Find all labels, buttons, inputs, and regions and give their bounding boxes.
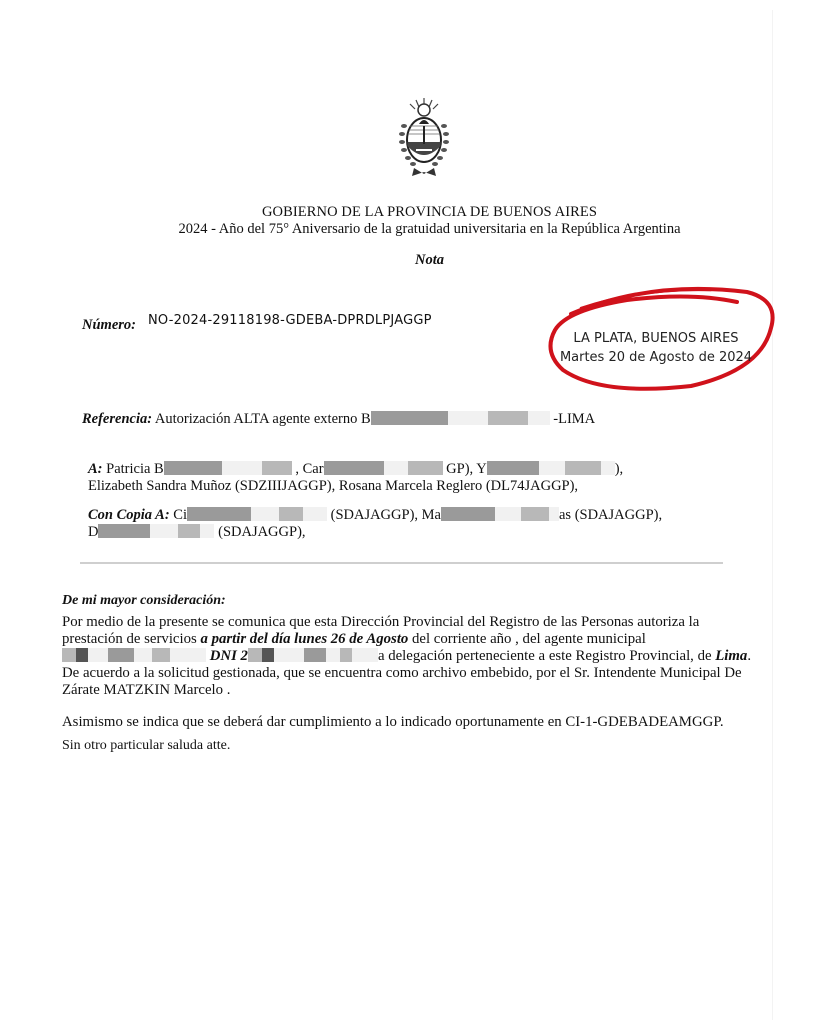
redaction-block [488,411,528,425]
cc-block: Con Copia A: Ci (SDAJAGGP), Maas (SDAJAG… [88,507,728,541]
redaction-block [274,648,304,662]
redaction-block [303,507,327,521]
redaction-block [200,524,214,538]
greeting: De mi mayor consideración: [62,593,226,609]
redaction-block [108,648,134,662]
section-divider [80,562,723,564]
recipients-block: A: Patricia B , Car GP), Y), Elizabeth S… [88,461,728,495]
redaction-block [222,461,262,475]
start-date-emphasis: a partir del día lunes 26 de Agosto [200,631,408,647]
referencia-suffix: -LIMA [550,411,596,427]
referencia-label: Referencia: [82,411,152,427]
redaction-block [487,461,539,475]
page-edge [772,10,773,1020]
redaction-block [304,648,326,662]
redaction-block [448,411,488,425]
referencia-prefix: Autorización ALTA agente externo B [155,411,371,427]
redaction-block [408,461,443,475]
referencia-row: Referencia: Autorización ALTA agente ext… [82,411,595,428]
redaction-block [384,461,408,475]
government-title: GOBIERNO DE LA PROVINCIA DE BUENOS AIRES [0,204,819,221]
document-type: Nota [0,252,819,269]
redaction-block [495,507,521,521]
cc-line-2: D (SDAJAGGP), [88,524,728,541]
redaction-block [62,648,76,662]
redaction-block [76,648,88,662]
place-date-stamp: LA PLATA, BUENOS AIRES Martes 20 de Agos… [556,329,756,367]
redaction-block [371,411,448,425]
redaction-block [152,648,170,662]
redaction-block [528,411,550,425]
redaction-block [262,461,292,475]
redaction-block [134,648,152,662]
numero-value: NO-2024-29118198-GDEBA-DPRDLPJAGGP [148,313,432,328]
redaction-block [170,648,206,662]
redaction-block [187,507,251,521]
redaction-block [251,507,279,521]
redaction-block [279,507,303,521]
closing-line: Sin otro particular saluda atte. [62,738,230,754]
redaction-block [248,648,262,662]
redaction-block [521,507,549,521]
redaction-block [88,648,108,662]
recipients-line-1: A: Patricia B , Car GP), Y), [88,461,728,478]
redaction-block [178,524,200,538]
redaction-block [549,507,559,521]
stamp-place: LA PLATA, BUENOS AIRES [556,329,756,348]
dni-label: DNI 2 [206,648,248,664]
redaction-block [324,461,384,475]
redaction-block [565,461,601,475]
numero-label: Número: [82,317,136,333]
cc-label: Con Copia A: [88,507,170,523]
stamp-date: Martes 20 de Agosto de 2024 [556,348,756,367]
recipients-label: A: [88,461,103,477]
redaction-block [164,461,222,475]
redaction-block [340,648,352,662]
recipients-line-2: Elizabeth Sandra Muñoz (SDZIIIJAGGP), Ro… [88,478,728,495]
year-motto: 2024 - Año del 75° Aniversario de la gra… [0,221,819,238]
body-paragraph-2: Asimismo se indica que se deberá dar cum… [62,714,758,731]
cc-line-1: Con Copia A: Ci (SDAJAGGP), Maas (SDAJAG… [88,507,728,524]
numero-row: Número:NO-2024-29118198-GDEBA-DPRDLPJAGG… [82,317,432,334]
redaction-block [262,648,274,662]
location-emphasis: Lima [715,648,747,664]
redaction-block [441,507,495,521]
redaction-block [98,524,150,538]
argentina-coat-of-arms-icon [392,96,456,180]
redaction-block [352,648,378,662]
redaction-block [539,461,565,475]
redaction-block [150,524,178,538]
redaction-block [601,461,615,475]
body-paragraph-1: Por medio de la presente se comunica que… [62,614,758,699]
redaction-block [326,648,340,662]
